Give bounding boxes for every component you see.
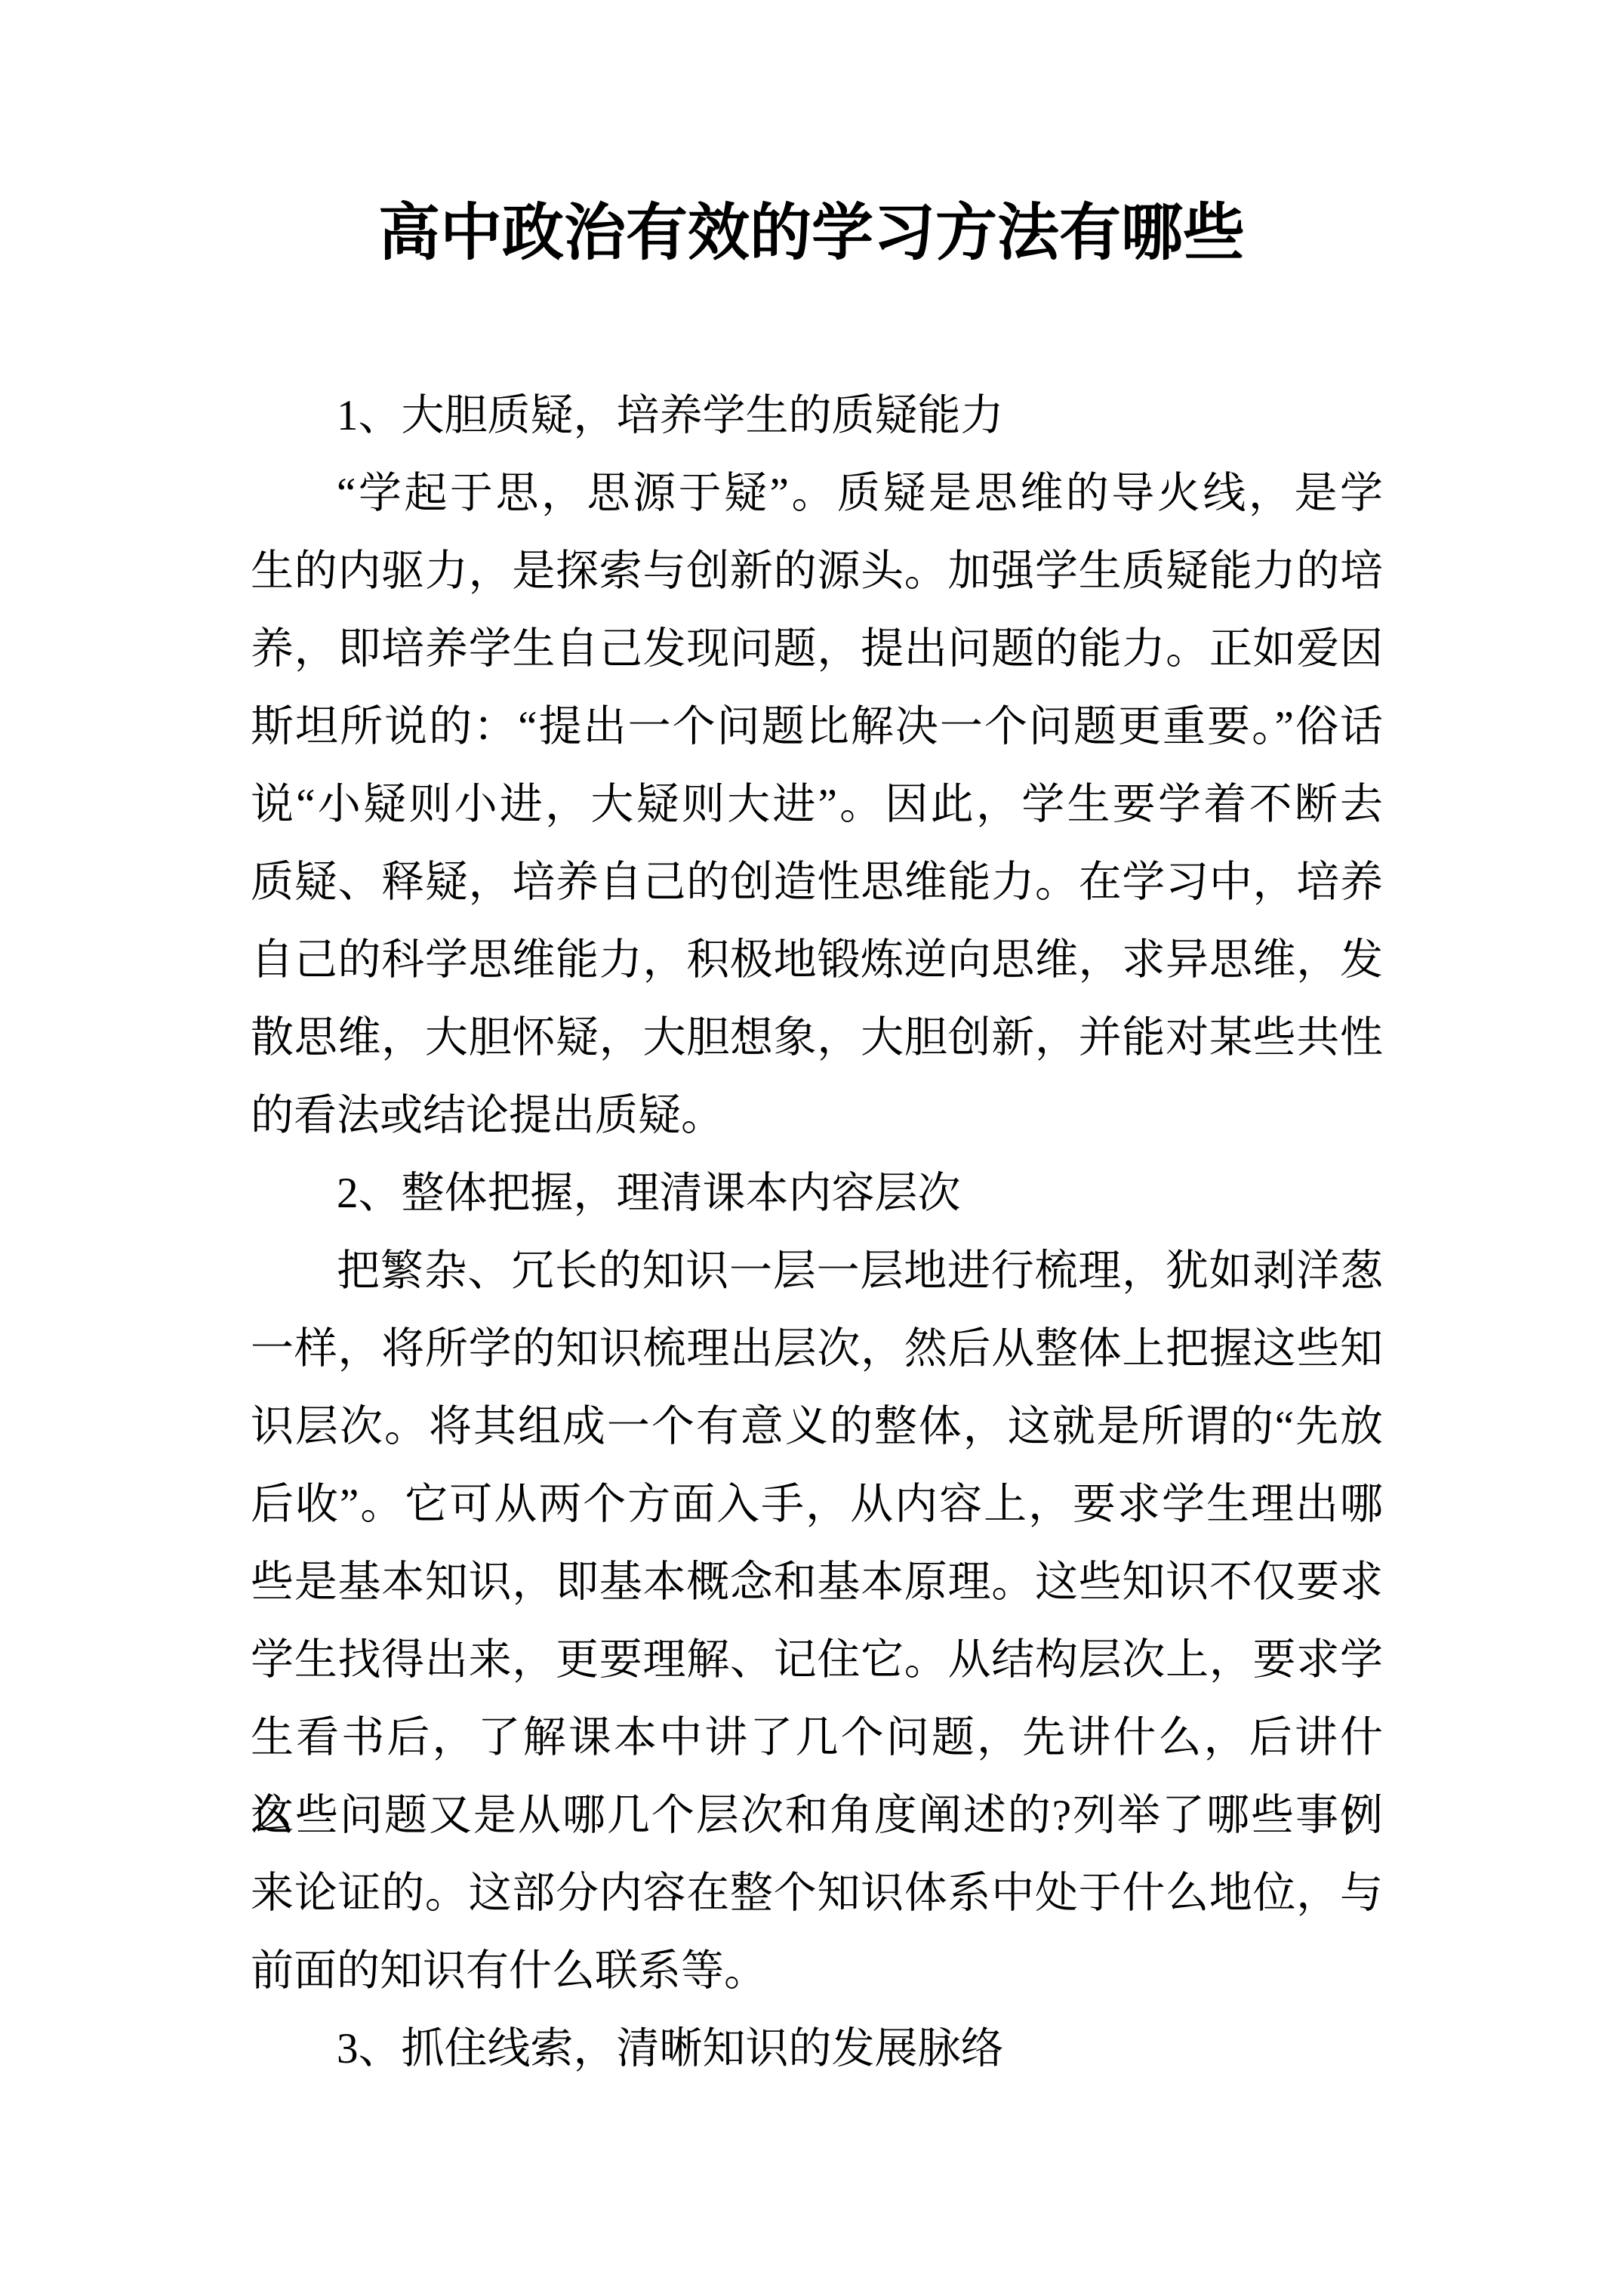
body-text-line: 斯坦所说的：“提出一个问题比解决一个问题更重要。”俗话 [251,688,1383,766]
document-title: 高中政治有效的学习方法有哪些 [0,202,1623,264]
document-page: 高中政治有效的学习方法有哪些 1、大胆质疑，培养学生的质疑能力“学起于思，思源于… [0,0,1623,2296]
body-text-line: 养，即培养学生自己发现问题，提出问题的能力。正如爱因 [251,610,1383,688]
body-text-line: 把繁杂、冗长的知识一层一层地进行梳理，犹如剥洋葱 [251,1232,1383,1310]
body-text-line: 说“小疑则小进，大疑则大进”。因此，学生要学着不断去 [251,766,1383,843]
body-text-line: 3、抓住线索，清晰知识的发展脉络 [251,2010,1383,2088]
body-text-line: 些是基本知识，即基本概念和基本原理。这些知识不仅要求 [251,1543,1383,1621]
body-text-line: 生看书后，了解课本中讲了几个问题，先讲什么，后讲什么； [251,1699,1383,1777]
body-text-line: 散思维，大胆怀疑，大胆想象，大胆创新，并能对某些共性 [251,999,1383,1077]
body-text-line: 前面的知识有什么联系等。 [251,1932,1383,2010]
body-text-line: 质疑、释疑，培养自己的创造性思维能力。在学习中，培养 [251,843,1383,921]
body-text-line: 生的内驱力，是探索与创新的源头。加强学生质疑能力的培 [251,532,1383,610]
document-body: 1、大胆质疑，培养学生的质疑能力“学起于思，思源于疑”。质疑是思维的导火线，是学… [251,377,1383,2088]
body-text-line: 后收”。它可从两个方面入手，从内容上，要求学生理出哪 [251,1465,1383,1543]
body-text-line: 的看法或结论提出质疑。 [251,1077,1383,1154]
body-text-line: 自己的科学思维能力，积极地锻炼逆向思维，求异思维，发 [251,921,1383,999]
body-text-line: 2、整体把握，理清课本内容层次 [251,1154,1383,1232]
body-text-line: 来论证的。这部分内容在整个知识体系中处于什么地位，与 [251,1854,1383,1932]
body-text-line: 一样，将所学的知识梳理出层次，然后从整体上把握这些知 [251,1310,1383,1388]
body-text-line: 1、大胆质疑，培养学生的质疑能力 [251,377,1383,455]
body-text-line: 学生找得出来，更要理解、记住它。从结构层次上，要求学 [251,1621,1383,1699]
body-text-line: 这些问题又是从哪几个层次和角度阐述的?列举了哪些事例 [251,1777,1383,1854]
body-text-line: 识层次。将其组成一个有意义的整体，这就是所谓的“先放 [251,1388,1383,1465]
body-text-line: “学起于思，思源于疑”。质疑是思维的导火线，是学 [251,455,1383,532]
